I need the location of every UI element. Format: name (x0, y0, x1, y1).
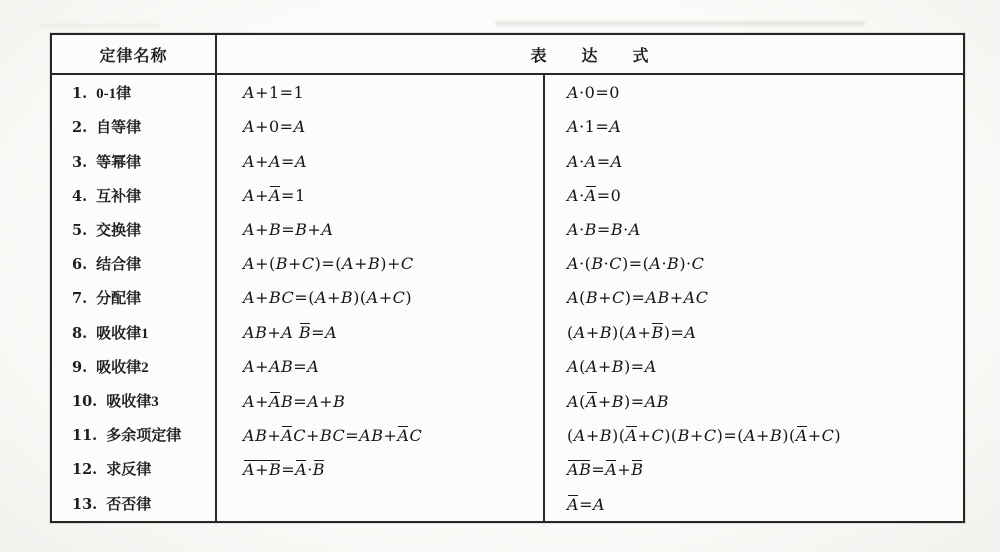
variable: A (243, 186, 255, 205)
law-name-cell: 1.0-1律 (51, 74, 216, 110)
law-row: 9.吸收律2A+AB=AA(A+B)=A (51, 349, 964, 383)
overline-negation: A (397, 425, 409, 444)
overline-negation: A (567, 494, 579, 513)
variable: B (612, 357, 624, 376)
operator-text: +( (255, 254, 276, 273)
variable: C (282, 288, 295, 307)
variable: A (315, 288, 327, 307)
operator-text: + (690, 426, 704, 445)
overline-negation: A (269, 185, 281, 204)
operator-text: = (591, 460, 605, 479)
overline-negation: A+B (243, 459, 281, 478)
operator-text: = (597, 220, 611, 239)
operator-text: ·0=0 (579, 83, 620, 102)
variable: A (567, 495, 579, 514)
operator-text: + (327, 288, 341, 307)
expression-sum-form: A+A=A (216, 144, 544, 178)
variable: A (645, 392, 657, 411)
variable: A (609, 117, 621, 136)
variable: A (243, 392, 255, 411)
law-name: 吸收律1 (96, 326, 149, 342)
overline-negation: A (269, 391, 281, 410)
variable: B (600, 323, 612, 342)
law-name: 互补律 (96, 189, 141, 205)
law-name-cell: 6.结合律 (51, 247, 216, 281)
variable: B (371, 426, 383, 445)
overline-negation: A (796, 425, 808, 444)
operator-text: + (617, 460, 631, 479)
overline-negation: A (605, 459, 617, 478)
operator-text: + (319, 392, 333, 411)
expression-product-form: A=A (544, 486, 964, 522)
law-name-cell: 5.交换律 (51, 212, 216, 246)
expression-sum-form: A+0=A (216, 110, 544, 144)
operator-text: )( (782, 426, 795, 445)
law-name-cell: 11.多余项定律 (51, 418, 216, 452)
law-row: 12.求反律A+B=A·BAB=A+B (51, 452, 964, 486)
variable: A (567, 392, 579, 411)
variable: B (631, 460, 643, 479)
variable: B (586, 288, 598, 307)
law-name: 否否律 (106, 497, 151, 513)
law-name-cell: 2.自等律 (51, 110, 216, 144)
variable: A (269, 357, 281, 376)
law-row: 2.自等律A+0=AA·1=A (51, 110, 964, 144)
variable: C (612, 288, 625, 307)
law-name-cell: 3.等幂律 (51, 144, 216, 178)
law-name-cell: 7.分配律 (51, 281, 216, 315)
variable: A (243, 460, 255, 479)
operator-text: )= (624, 357, 645, 376)
law-name: 0-1律 (96, 86, 131, 102)
expression-sum-form: A+AB=A (216, 349, 544, 383)
variable: B (600, 426, 612, 445)
law-name: 吸收律3 (106, 394, 159, 410)
variable: C (609, 254, 622, 273)
operator-text: + (638, 323, 652, 342)
operator-text: ·( (579, 254, 591, 273)
overline-negation: A (295, 459, 307, 478)
variable: B (276, 254, 288, 273)
variable: A (645, 288, 657, 307)
overline-negation: B (651, 322, 663, 341)
expression-sum-form: A+BC=(A+B)(A+C) (216, 281, 544, 315)
law-number: 8. (72, 325, 87, 342)
operator-text: ( (579, 392, 586, 411)
overline-negation: B (299, 322, 311, 341)
law-name-cell: 8.吸收律1 (51, 315, 216, 349)
variable: C (393, 288, 406, 307)
overline-negation: A (625, 425, 637, 444)
expression-sum-form: AB+A B=A (216, 315, 544, 349)
variable: B (667, 254, 679, 273)
operator-text: + (756, 426, 770, 445)
operator-text: +0= (255, 117, 294, 136)
law-number: 5. (72, 222, 87, 239)
law-number: 7. (72, 290, 87, 307)
variable: B (770, 426, 782, 445)
operator-text: )( (612, 426, 625, 445)
law-name-cell: 4.互补律 (51, 178, 216, 212)
variable: A (269, 392, 281, 411)
operator-text: + (267, 323, 281, 342)
variable: C (651, 426, 664, 445)
variable: A (567, 117, 579, 136)
variable: A (294, 117, 306, 136)
operator-text: )= (625, 288, 646, 307)
operator-text: )=( (717, 426, 744, 445)
law-number: 4. (72, 188, 87, 205)
variable: B (585, 220, 597, 239)
expression-sum-form: A+(B+C)=(A+B)+C (216, 247, 544, 281)
overline-negation: A (585, 185, 597, 204)
variable: B (313, 460, 325, 479)
law-name: 结合律 (96, 257, 141, 273)
expression-product-form: A·B=B·A (544, 212, 964, 246)
variable: B (651, 323, 663, 342)
operator-text: = (579, 495, 593, 514)
variable: A (796, 426, 808, 445)
operator-text: +1=1 (255, 83, 304, 102)
law-number: 2. (72, 119, 87, 136)
law-row: 4.互补律A+A=1A·A=0 (51, 178, 964, 212)
operator-text: )( (612, 323, 625, 342)
operator-text: + (255, 460, 269, 479)
law-name-cell: 12.求反律 (51, 452, 216, 486)
law-name-cell: 9.吸收律2 (51, 349, 216, 383)
operator-text: )+ (380, 254, 401, 273)
operator-text: ) (405, 288, 412, 307)
variable: A (243, 83, 255, 102)
variable: B (255, 323, 267, 342)
law-row: 11.多余项定律AB+AC+BC=AB+AC(A+B)(A+C)(B+C)=(A… (51, 418, 964, 452)
variable: A (269, 186, 281, 205)
variable: A (567, 83, 579, 102)
law-row: 6.结合律A+(B+C)=(A+B)+CA·(B·C)=(A·B)·C (51, 247, 964, 281)
variable: A (295, 460, 307, 479)
variable: A (586, 392, 598, 411)
variable: C (696, 288, 709, 307)
variable: A (281, 323, 293, 342)
variable: A (243, 152, 255, 171)
variable: A (307, 392, 319, 411)
variable: A (321, 220, 333, 239)
variable: B (269, 288, 282, 307)
variable: C (704, 426, 717, 445)
variable: C (302, 254, 315, 273)
expression-sum-form: AB+AC+BC=AB+AC (216, 418, 544, 452)
operator-text: ( (579, 357, 586, 376)
header-expression: 表 达 式 (216, 34, 964, 74)
variable: B (678, 426, 690, 445)
expression-product-form: A(A+B)=AB (544, 383, 964, 417)
operator-text: =( (294, 288, 315, 307)
law-row: 8.吸收律1AB+A B=A(A+B)(A+B)=A (51, 315, 964, 349)
operator-text: )= (664, 323, 685, 342)
operator-text: = (281, 220, 295, 239)
operator-text: + (255, 152, 269, 171)
operator-text: + (586, 323, 600, 342)
variable: A (307, 357, 319, 376)
operator-text: = (281, 152, 295, 171)
variable: A (611, 152, 623, 171)
expression-product-form: A·(B·C)=(A·B)·C (544, 247, 964, 281)
operator-text: ( (567, 426, 574, 445)
variable: A (567, 220, 579, 239)
variable: A (684, 288, 696, 307)
variable: A (649, 254, 661, 273)
law-number: 10. (72, 393, 97, 410)
variable: B (611, 220, 623, 239)
variable: A (625, 426, 637, 445)
law-row: 13.否否律A=A (51, 486, 964, 522)
variable: A (567, 357, 579, 376)
header-law-name: 定律名称 (51, 34, 216, 74)
law-row: 10.吸收律3A+AB=A+BA(A+B)=AB (51, 383, 964, 417)
expression-sum-form: A+B=B+A (216, 212, 544, 246)
variable: A (269, 152, 281, 171)
expression-product-form: (A+B)(A+C)(B+C)=(A+B)(A+C) (544, 418, 964, 452)
variable: B (281, 357, 293, 376)
operator-text: ) (834, 426, 841, 445)
operator-text: )( (664, 426, 677, 445)
scan-artifact-streak (495, 21, 865, 26)
law-number: 12. (72, 461, 97, 478)
variable: B (320, 426, 333, 445)
expression-product-form: A(A+B)=A (544, 349, 964, 383)
variable: C (401, 254, 414, 273)
law-name: 等幂律 (96, 155, 141, 171)
expression-sum-form: A+1=1 (216, 74, 544, 110)
law-row: 5.交换律A+B=B+AA·B=B·A (51, 212, 964, 246)
variable: B (368, 254, 380, 273)
law-name: 求反律 (106, 462, 151, 478)
variable: A (574, 426, 586, 445)
operator-text: =1 (281, 186, 306, 205)
variable: B (579, 460, 591, 479)
law-name-cell: 13.否否律 (51, 486, 216, 522)
operator-text: )· (679, 254, 691, 273)
operator-text: + (586, 426, 600, 445)
expression-product-form: AB=A+B (544, 452, 964, 486)
operator-text: + (255, 357, 269, 376)
operator-text: + (306, 426, 320, 445)
operator-text: = (281, 460, 295, 479)
variable: A (586, 357, 598, 376)
variable: A (629, 220, 641, 239)
operator-text: + (384, 426, 398, 445)
operator-text: ·1= (579, 117, 609, 136)
operator-text: + (808, 426, 822, 445)
variable: A (593, 495, 605, 514)
operator-text: ( (567, 323, 574, 342)
operator-text: )= (624, 392, 645, 411)
variable: B (657, 288, 669, 307)
overline-negation: B (631, 459, 643, 478)
variable: B (341, 288, 353, 307)
operator-text: )=( (315, 254, 342, 273)
expression-product-form: A·A=0 (544, 178, 964, 212)
variable: A (567, 186, 579, 205)
variable: A (243, 426, 255, 445)
variable: A (585, 152, 597, 171)
operator-text: + (255, 392, 269, 411)
overline-negation: A (586, 391, 598, 410)
expression-product-form: A·0=0 (544, 74, 964, 110)
variable: A (243, 357, 255, 376)
boolean-laws-table: 定律名称 表 达 式 1.0-1律A+1=1A·0=02.自等律A+0=AA·1… (50, 33, 963, 523)
law-name: 交换律 (96, 223, 141, 239)
expression-product-form: A·1=A (544, 110, 964, 144)
variable: A (281, 426, 293, 445)
operator-text: + (255, 220, 269, 239)
laws-table: 定律名称 表 达 式 1.0-1律A+1=1A·0=02.自等律A+0=AA·1… (50, 33, 965, 523)
operator-text: = (293, 357, 307, 376)
variable: B (333, 392, 345, 411)
expression-sum-form: A+AB=A+B (216, 383, 544, 417)
operator-text: = (345, 426, 359, 445)
operator-text: + (670, 288, 684, 307)
operator-text: + (598, 392, 612, 411)
operator-text: + (598, 357, 612, 376)
variable: A (243, 117, 255, 136)
variable: A (567, 288, 579, 307)
variable: A (397, 426, 409, 445)
variable: B (281, 392, 293, 411)
variable: A (243, 323, 255, 342)
law-row: 3.等幂律A+A=AA·A=A (51, 144, 964, 178)
law-row: 1.0-1律A+1=1A·0=0 (51, 74, 964, 110)
variable: B (295, 220, 307, 239)
expression-sum-form: A+B=A·B (216, 452, 544, 486)
operator-text: + (307, 220, 321, 239)
variable: A (625, 323, 637, 342)
variable: A (243, 288, 255, 307)
variable: B (657, 392, 669, 411)
law-number: 13. (72, 496, 97, 513)
variable: A (574, 323, 586, 342)
variable: A (567, 152, 579, 171)
operator-text: = (597, 152, 611, 171)
law-name: 分配律 (96, 291, 141, 307)
law-number: 11. (72, 427, 97, 444)
expression-product-form: A(B+C)=AB+AC (544, 281, 964, 315)
variable: C (333, 426, 346, 445)
operator-text: )=( (622, 254, 649, 273)
overline-negation: B (313, 459, 325, 478)
variable: A (684, 323, 696, 342)
law-name: 自等律 (96, 120, 141, 136)
operator-text: )( (353, 288, 366, 307)
law-number: 3. (72, 154, 87, 171)
variable: A (367, 288, 379, 307)
law-number: 6. (72, 256, 87, 273)
law-number: 1. (72, 85, 87, 102)
operator-text: = (311, 323, 325, 342)
operator-text: + (638, 426, 652, 445)
operator-text: + (598, 288, 612, 307)
operator-text: ( (579, 288, 586, 307)
variable: B (269, 460, 281, 479)
variable: A (567, 254, 579, 273)
law-name-cell: 10.吸收律3 (51, 383, 216, 417)
operator-text: =0 (597, 186, 622, 205)
operator-text: + (267, 426, 281, 445)
operator-text: + (288, 254, 302, 273)
operator-text: = (293, 392, 307, 411)
variable: C (293, 426, 306, 445)
variable: A (744, 426, 756, 445)
variable: A (645, 357, 657, 376)
variable: C (822, 426, 835, 445)
variable: A (243, 220, 255, 239)
variable: B (591, 254, 603, 273)
variable: B (299, 323, 311, 342)
variable: A (567, 460, 579, 479)
variable: C (692, 254, 705, 273)
variable: B (269, 220, 281, 239)
overline-negation: A (281, 425, 293, 444)
variable: A (295, 152, 307, 171)
expression-sum-form: A+A=1 (216, 178, 544, 212)
expression-product-form: A·A=A (544, 144, 964, 178)
variable: A (243, 254, 255, 273)
overline-negation: AB (567, 459, 591, 478)
variable: A (585, 186, 597, 205)
variable: B (255, 426, 267, 445)
scanned-page: 定律名称 表 达 式 1.0-1律A+1=1A·0=02.自等律A+0=AA·1… (0, 0, 1000, 552)
operator-text: + (354, 254, 368, 273)
expression-product-form: (A+B)(A+B)=A (544, 315, 964, 349)
scan-artifact-streak (40, 24, 160, 27)
variable: C (409, 426, 422, 445)
variable: B (612, 392, 624, 411)
operator-text: + (255, 186, 269, 205)
variable: A (342, 254, 354, 273)
law-number: 9. (72, 359, 87, 376)
operator-text: + (255, 288, 269, 307)
operator-text: + (379, 288, 393, 307)
header-row: 定律名称 表 达 式 (51, 34, 964, 74)
variable: A (325, 323, 337, 342)
expression-sum-form (216, 486, 544, 522)
law-row: 7.分配律A+BC=(A+B)(A+C)A(B+C)=AB+AC (51, 281, 964, 315)
variable: A (359, 426, 371, 445)
variable: A (605, 460, 617, 479)
law-name: 多余项定律 (106, 428, 181, 444)
law-name: 吸收律2 (96, 360, 149, 376)
